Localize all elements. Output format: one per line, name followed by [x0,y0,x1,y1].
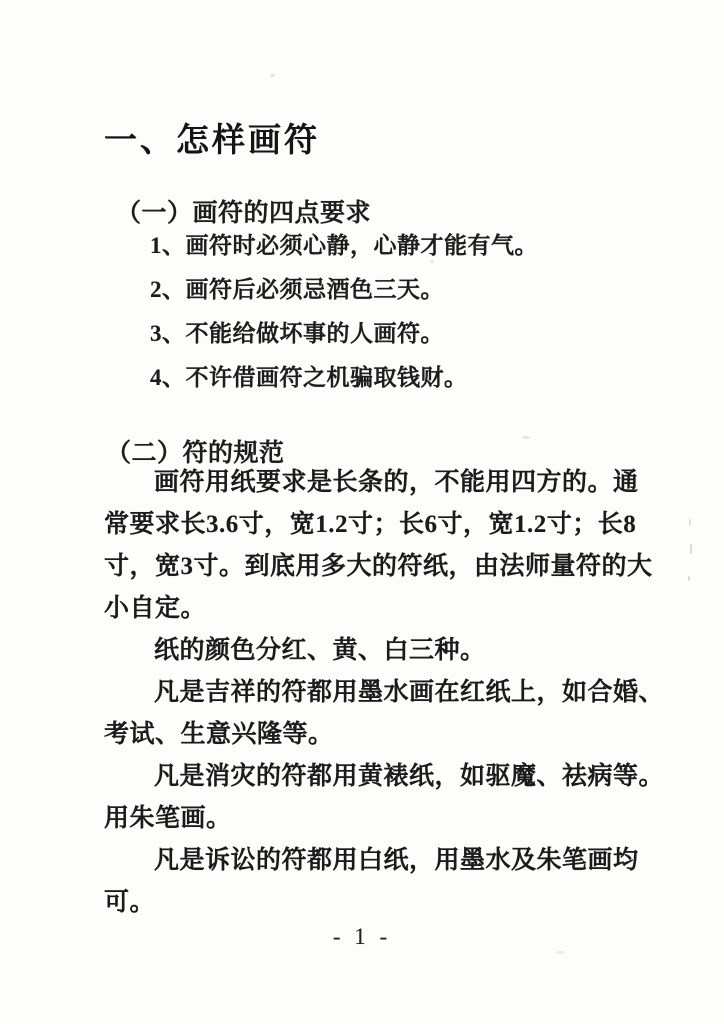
section-2-body: 画符用纸要求是长条的，不能用四方的。通 常要求长3.6寸，宽1.2寸；长6寸，宽… [104,462,664,924]
body-line: 可。 [104,882,664,924]
scan-speck [430,260,434,263]
scanned-book-page: 一、怎样画符 （一）画符的四点要求 1、画符时必须心静，心静才能有气。 2、画符… [0,0,724,1024]
rule-item-2: 2、画符后必须忌酒色三天。 [150,268,538,312]
page-title: 一、怎样画符 [104,114,320,161]
scan-speck [689,519,691,526]
page-number: - 1 - [0,924,724,950]
body-line: 画符用纸要求是长条的，不能用四方的。通 [104,462,664,504]
body-line: 凡是消灾的符都用黄裱纸，如驱魔、祛病等。 [104,756,664,798]
rule-item-3: 3、不能给做坏事的人画符。 [150,312,538,356]
body-line: 小自定。 [104,588,664,630]
scan-speck [522,436,530,439]
scan-speck [690,544,692,554]
body-line: 寸，宽3寸。到底用多大的符纸，由法师量符的大 [104,546,664,588]
body-line: 凡是诉讼的符都用白纸，用墨水及朱笔画均 [104,840,664,882]
scan-speck [300,221,303,224]
body-line: 纸的颜色分红、黄、白三种。 [104,630,664,672]
body-line: 考试、生意兴隆等。 [104,714,664,756]
rules-list: 1、画符时必须心静，心静才能有气。 2、画符后必须忌酒色三天。 3、不能给做坏事… [150,224,538,400]
body-line: 凡是吉祥的符都用墨水画在红纸上，如合婚、 [104,672,664,714]
scan-speck [556,951,565,954]
scan-speck [688,576,690,581]
body-line: 用朱笔画。 [104,798,664,840]
rule-item-4: 4、不许借画符之机骗取钱财。 [150,356,538,400]
body-line: 常要求长3.6寸，宽1.2寸；长6寸，宽1.2寸；长8 [104,504,664,546]
scan-speck [270,74,275,77]
rule-item-1: 1、画符时必须心静，心静才能有气。 [150,224,538,268]
